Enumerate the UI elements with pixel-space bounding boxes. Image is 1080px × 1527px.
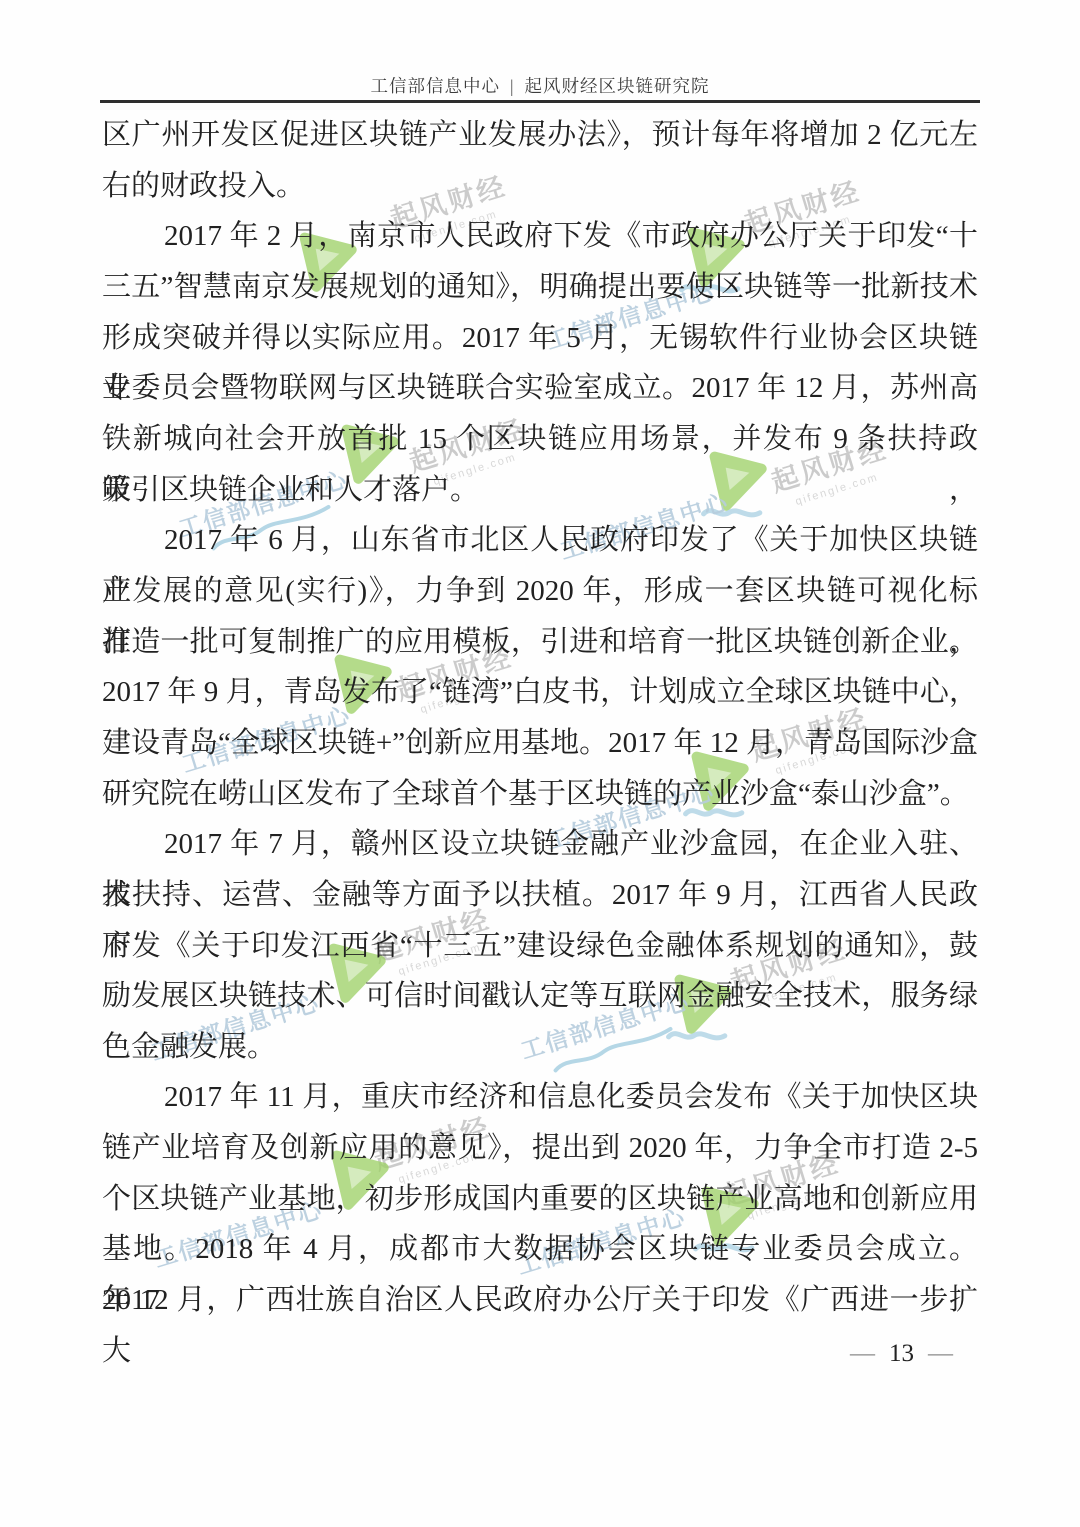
body-line: 2017 年 11 月，重庆市经济和信息化委员会发布《关于加快区块: [102, 1072, 978, 1123]
body-line: 2017 年 9 月，青岛发布了“链湾”白皮书，计划成立全球区块链中心，: [102, 667, 978, 718]
body-line: 术扶持、运营、金融等方面予以扶植。2017 年 9 月，江西省人民政府: [102, 870, 978, 921]
header-left-text: 工信部信息中心: [370, 76, 500, 96]
body-line: 业发展的意见(实行)》，力争到 2020 年，形成一套区块链可视化标准，: [102, 566, 978, 617]
body-line: 年 12 月，广西壮族自治区人民政府办公厅关于印发《广西进一步扩大: [102, 1275, 978, 1326]
body-line: 色金融发展。: [102, 1022, 978, 1073]
body-line: 2017 年 6 月，山东省市北区人民政府印发了《关于加快区块链产: [102, 515, 978, 566]
body-line: 建设青岛“全球区块链+”创新应用基地。2017 年 12 月，青岛国际沙盒: [102, 718, 978, 769]
body-line: 打造一批可复制推广的应用模板，引进和培育一批区块链创新企业。: [102, 617, 978, 668]
body-line: 个区块链产业基地，初步形成国内重要的区块链产业高地和创新应用: [102, 1174, 978, 1225]
body-line: 2017 年 7 月，赣州区设立块链金融产业沙盒园，在企业入驻、技: [102, 819, 978, 870]
body-line: 区广州开发区促进区块链产业发展办法》，预计每年将增加 2 亿元左: [102, 110, 978, 161]
header-rule: [100, 100, 980, 103]
body-line: 形成突破并得以实际应用。2017 年 5 月，无锡软件行业协会区块链专: [102, 313, 978, 364]
page-number-dash-left: —: [850, 1340, 875, 1367]
body-line: 链产业培育及创新应用的意见》，提出到 2020 年，力争全市打造 2-5: [102, 1123, 978, 1174]
header-separator: |: [510, 76, 515, 96]
page-header: 工信部信息中心|起风财经区块链研究院: [0, 73, 1080, 98]
body-text: 区广州开发区促进区块链产业发展办法》，预计每年将增加 2 亿元左右的财政投入。2…: [102, 110, 978, 1326]
body-line: 下发《关于印发江西省“十三五”建设绿色金融体系规划的通知》，鼓: [102, 921, 978, 972]
body-line: 铁新城向社会开放首批 15 个区块链应用场景，并发布 9 条扶持政策，: [102, 414, 978, 465]
body-line: 基地。2018 年 4 月，成都市大数据协会区块链专业委员会成立。2017: [102, 1224, 978, 1275]
page-number: 13: [889, 1340, 914, 1367]
body-line: 右的财政投入。: [102, 161, 978, 212]
header-right-text: 起风财经区块链研究院: [525, 76, 710, 96]
page-footer: —13—: [850, 1340, 953, 1368]
body-line: 业委员会暨物联网与区块链联合实验室成立。2017 年 12 月，苏州高: [102, 363, 978, 414]
page-number-dash-right: —: [928, 1340, 953, 1367]
document-page: 起风财经qifengle.com起风财经qifengle.com工信部信息中心起…: [0, 0, 1080, 1527]
body-line: 励发展区块链技术、可信时间戳认定等互联网金融安全技术，服务绿: [102, 971, 978, 1022]
body-line: 三五”智慧南京发展规划的通知》，明确提出要使区块链等一批新技术: [102, 262, 978, 313]
body-line: 2017 年 2 月，南京市人民政府下发《市政府办公厅关于印发“十: [102, 211, 978, 262]
body-line: 研究院在崂山区发布了全球首个基于区块链的产业沙盒“泰山沙盒”。: [102, 769, 978, 820]
